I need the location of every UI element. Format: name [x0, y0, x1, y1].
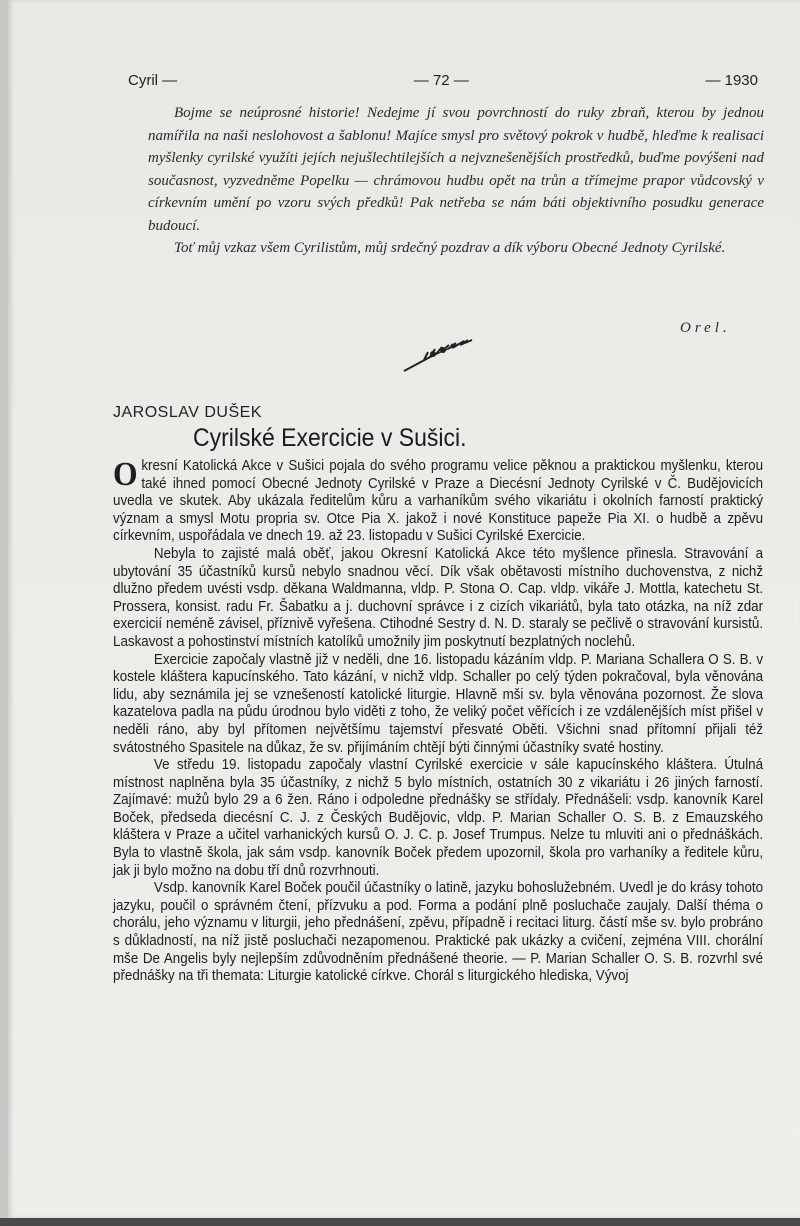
article-title: Cyrilské Exercicie v Sušici. [193, 424, 466, 453]
scan-bottom-edge [0, 1218, 800, 1226]
header-journal-name: Cyril — [128, 72, 177, 89]
drop-cap: O [113, 460, 138, 490]
article-paragraph: Exercicie započaly vlastně již v neděli,… [113, 652, 763, 758]
signature: Orel. [680, 320, 731, 337]
article-author: JAROSLAV DUŠEK [113, 404, 262, 422]
article-paragraph: Okresní Katolická Akce v Sušici pojala d… [113, 458, 763, 546]
scan-left-edge [0, 0, 8, 1226]
floral-sprig-icon [402, 338, 474, 374]
article-body: Okresní Katolická Akce v Sušici pojala d… [113, 458, 763, 986]
intro-paragraph: Bojme se neúprosné historie! Nedejme jí … [148, 102, 764, 237]
header-page-number: — 72 — [414, 72, 469, 89]
intro-paragraph: Toť můj vzkaz všem Cyrilistům, můj srdeč… [148, 237, 764, 260]
article-paragraph: Ve středu 19. listopadu započaly vlastní… [113, 757, 763, 880]
article-paragraph: Nebyla to zajisté malá oběť, jakou Okres… [113, 546, 763, 652]
article-paragraph: Vsdp. kanovník Karel Boček poučil účastn… [113, 880, 763, 986]
running-header: Cyril — — 72 — — 1930 [128, 72, 758, 89]
closing-appeal: Bojme se neúprosné historie! Nedejme jí … [148, 102, 764, 260]
header-year: — 1930 [705, 72, 758, 89]
